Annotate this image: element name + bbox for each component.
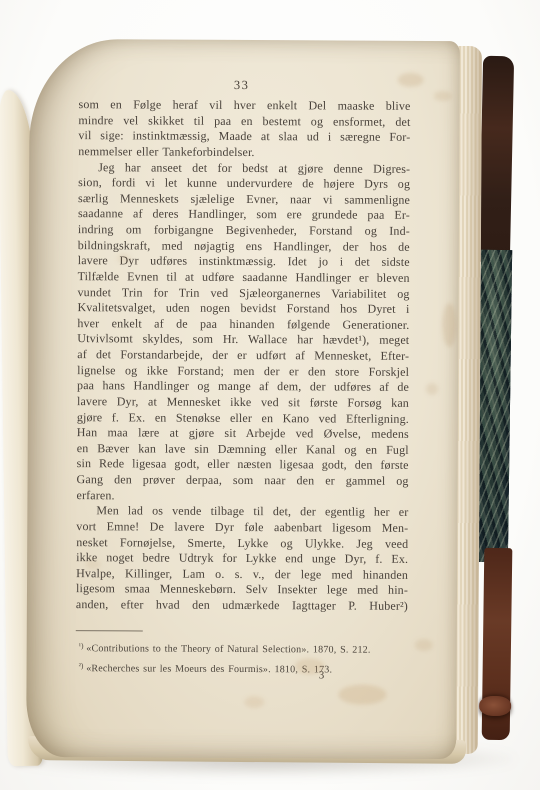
text-line: lignelse og ikke Forstand; men der er de… [77,363,409,380]
foxing-spot [117,253,131,263]
foxing-spot [85,559,101,569]
foxing-spot [295,658,325,674]
text-line: erfaren. [76,488,408,505]
footnote-marker: ²) [79,661,87,670]
text-line: vil sige: instinktmæssig, Maade at slaa … [78,128,410,145]
leather-spine-edge [482,548,513,740]
text-line: mindre vel skikket til paa en bestemt og… [78,113,410,130]
text-line: af det Forstandarbejde, der er udført af… [77,347,409,364]
text-line: gjøre f. Ex. en Stenøkse eller en Kano v… [77,410,409,427]
text-line: Gang den prøver derpaa, som naar den er … [77,472,409,489]
text-line: en Bæver kan lave sin Dæmning eller Kana… [77,441,409,458]
text-line: ligesom smaa Menneskebørn. Selv Insekter… [76,582,408,599]
footnote-text: «Contributions to the Theory of Natural … [86,643,370,655]
text-line: bildningskraft, med nøjagtig ens Handlin… [78,238,410,255]
text-line: Kvalitetsvalget, uden nogen bevidst Fors… [77,300,409,317]
text-line: Hvalpe, Killinger, Lam o. s. v., der leg… [76,566,408,583]
text-line: Jeg har anseet det for bedst at gjøre de… [78,160,410,177]
footnotes: ¹) «Contributions to the Theory of Natur… [76,638,416,679]
text-line: Men lad os vende tilbage til det, der eg… [76,503,408,520]
text-line: nemmelser eller Tankeforbindelser. [78,144,410,161]
text-line: anden, efter hvad den udmærkede Iagttage… [76,597,408,614]
foxing-spot [434,91,452,101]
text-line: hver enkelt af de paa hinanden følgende … [77,316,409,333]
back-cover-corner [479,56,514,263]
page-number: 33 [214,78,270,93]
footnote: ²) «Recherches sur les Moeurs des Fourmi… [76,658,416,679]
book-page: 33 som en Følge heraf vil hver enkelt De… [26,39,460,759]
text-line: særlig Menneskets sjælelige Evner, naar … [78,191,410,208]
footnote-marker: ¹) [79,641,87,650]
page-text: som en Følge heraf vil hver enkelt Del m… [76,97,411,614]
text-line: saadanne af deres Handlinger, som ere gr… [78,207,410,224]
text-line: sin Rede ligesaa godt, eller næsten lige… [77,457,409,474]
text-line: vort Emne! De lavere Dyr føle aabenbart … [76,519,408,536]
spine-raised-band [479,696,511,716]
footnote: ¹) «Contributions to the Theory of Natur… [76,638,416,659]
text-line: vundet Trin for Trin ved Sjæleorganernes… [78,285,410,302]
text-line: paa hans Handlinger og mange af dem, der… [77,378,409,395]
foxing-spot [398,73,424,87]
text-line: Tilfælde Evnen til at udføre saadanne Ha… [78,269,410,286]
footnote-separator [76,630,143,631]
foxing-spot [426,383,438,395]
foxing-spot [338,685,386,705]
marbled-endpaper-edge [477,250,512,562]
text-line: lavere Dyr, at Mennesket ikke ved sit fø… [77,394,409,411]
book-photograph: 33 som en Følge heraf vil hver enkelt De… [0,0,540,790]
foxing-spot [244,696,264,708]
text-line: som en Følge heraf vil hver enkelt Del m… [78,97,410,114]
text-line: indring om forbigangne Begivenheder, For… [78,222,410,239]
text-line: Utvivlsomt skyldes, som Hr. Wallace har … [77,332,409,349]
text-line: nesket Fornøjelse, Smerte, Lykke og Ulyk… [76,535,408,552]
text-line: Han maa lære at gjøre sit Arbejde ved Øv… [77,425,409,442]
foxing-spot [442,303,456,347]
foxing-spot [415,639,433,651]
text-line: sion, fordi vi let kunne undervurdere de… [78,175,410,192]
text-line: ikke noget bedre Udtryk for Lykke end un… [76,550,408,567]
